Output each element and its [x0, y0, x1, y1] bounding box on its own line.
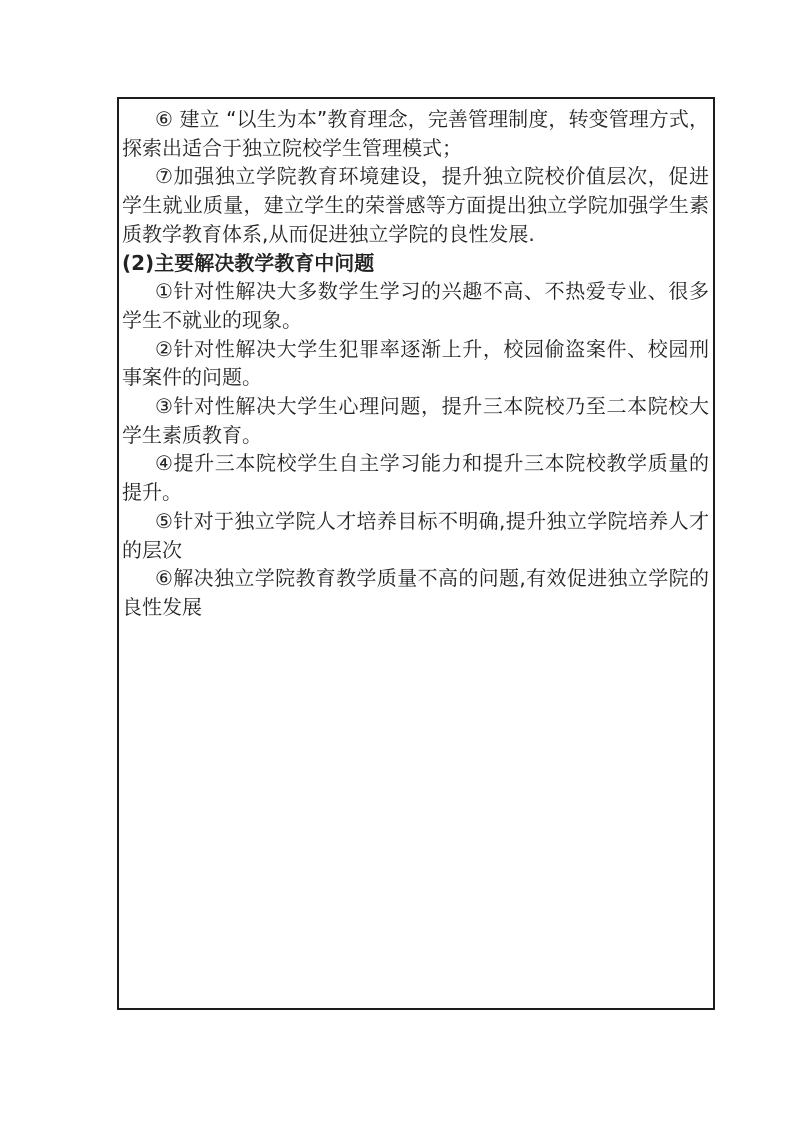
section-heading-problems-solved: (2)主要解决教学教育中问题	[122, 249, 709, 278]
table-cell-content: ⑥ 建立 “以生为本”教育理念，完善管理制度，转变管理方式，探索出适合于独立院校…	[119, 99, 713, 1008]
paragraph-item-3-psychology: ③针对性解决大学生心理问题，提升三本院校乃至二本院校大学生素质教育。	[122, 392, 709, 449]
document-page: ⑥ 建立 “以生为本”教育理念，完善管理制度，转变管理方式，探索出适合于独立院校…	[0, 0, 794, 1123]
paragraph-item-2-crime-rate: ②针对性解决大学生犯罪率逐渐上升，校园偷盗案件、校园刑事案件的问题。	[122, 335, 709, 392]
paragraph-item-1-student-interest: ①针对性解决大多数学生学习的兴趣不高、不热爱专业、很多学生不就业的现象。	[122, 277, 709, 334]
paragraph-item-5-talent-goal: ⑤针对于独立学院人才培养目标不明确,提升独立学院培养人才的层次	[122, 507, 709, 564]
paragraph-item-6-management-concept: ⑥ 建立 “以生为本”教育理念，完善管理制度，转变管理方式，探索出适合于独立院校…	[122, 105, 709, 162]
paragraph-item-4-self-learning: ④提升三本院校学生自主学习能力和提升三本院校教学质量的提升。	[122, 449, 709, 506]
paragraph-item-6-teaching-quality: ⑥解决独立学院教育教学质量不高的问题,有效促进独立学院的良性发展	[122, 564, 709, 621]
document-table-cell-border: ⑥ 建立 “以生为本”教育理念，完善管理制度，转变管理方式，探索出适合于独立院校…	[117, 97, 715, 1010]
paragraph-item-7-education-environment: ⑦加强独立学院教育环境建设，提升独立院校价值层次，促进学生就业质量，建立学生的荣…	[122, 162, 709, 248]
